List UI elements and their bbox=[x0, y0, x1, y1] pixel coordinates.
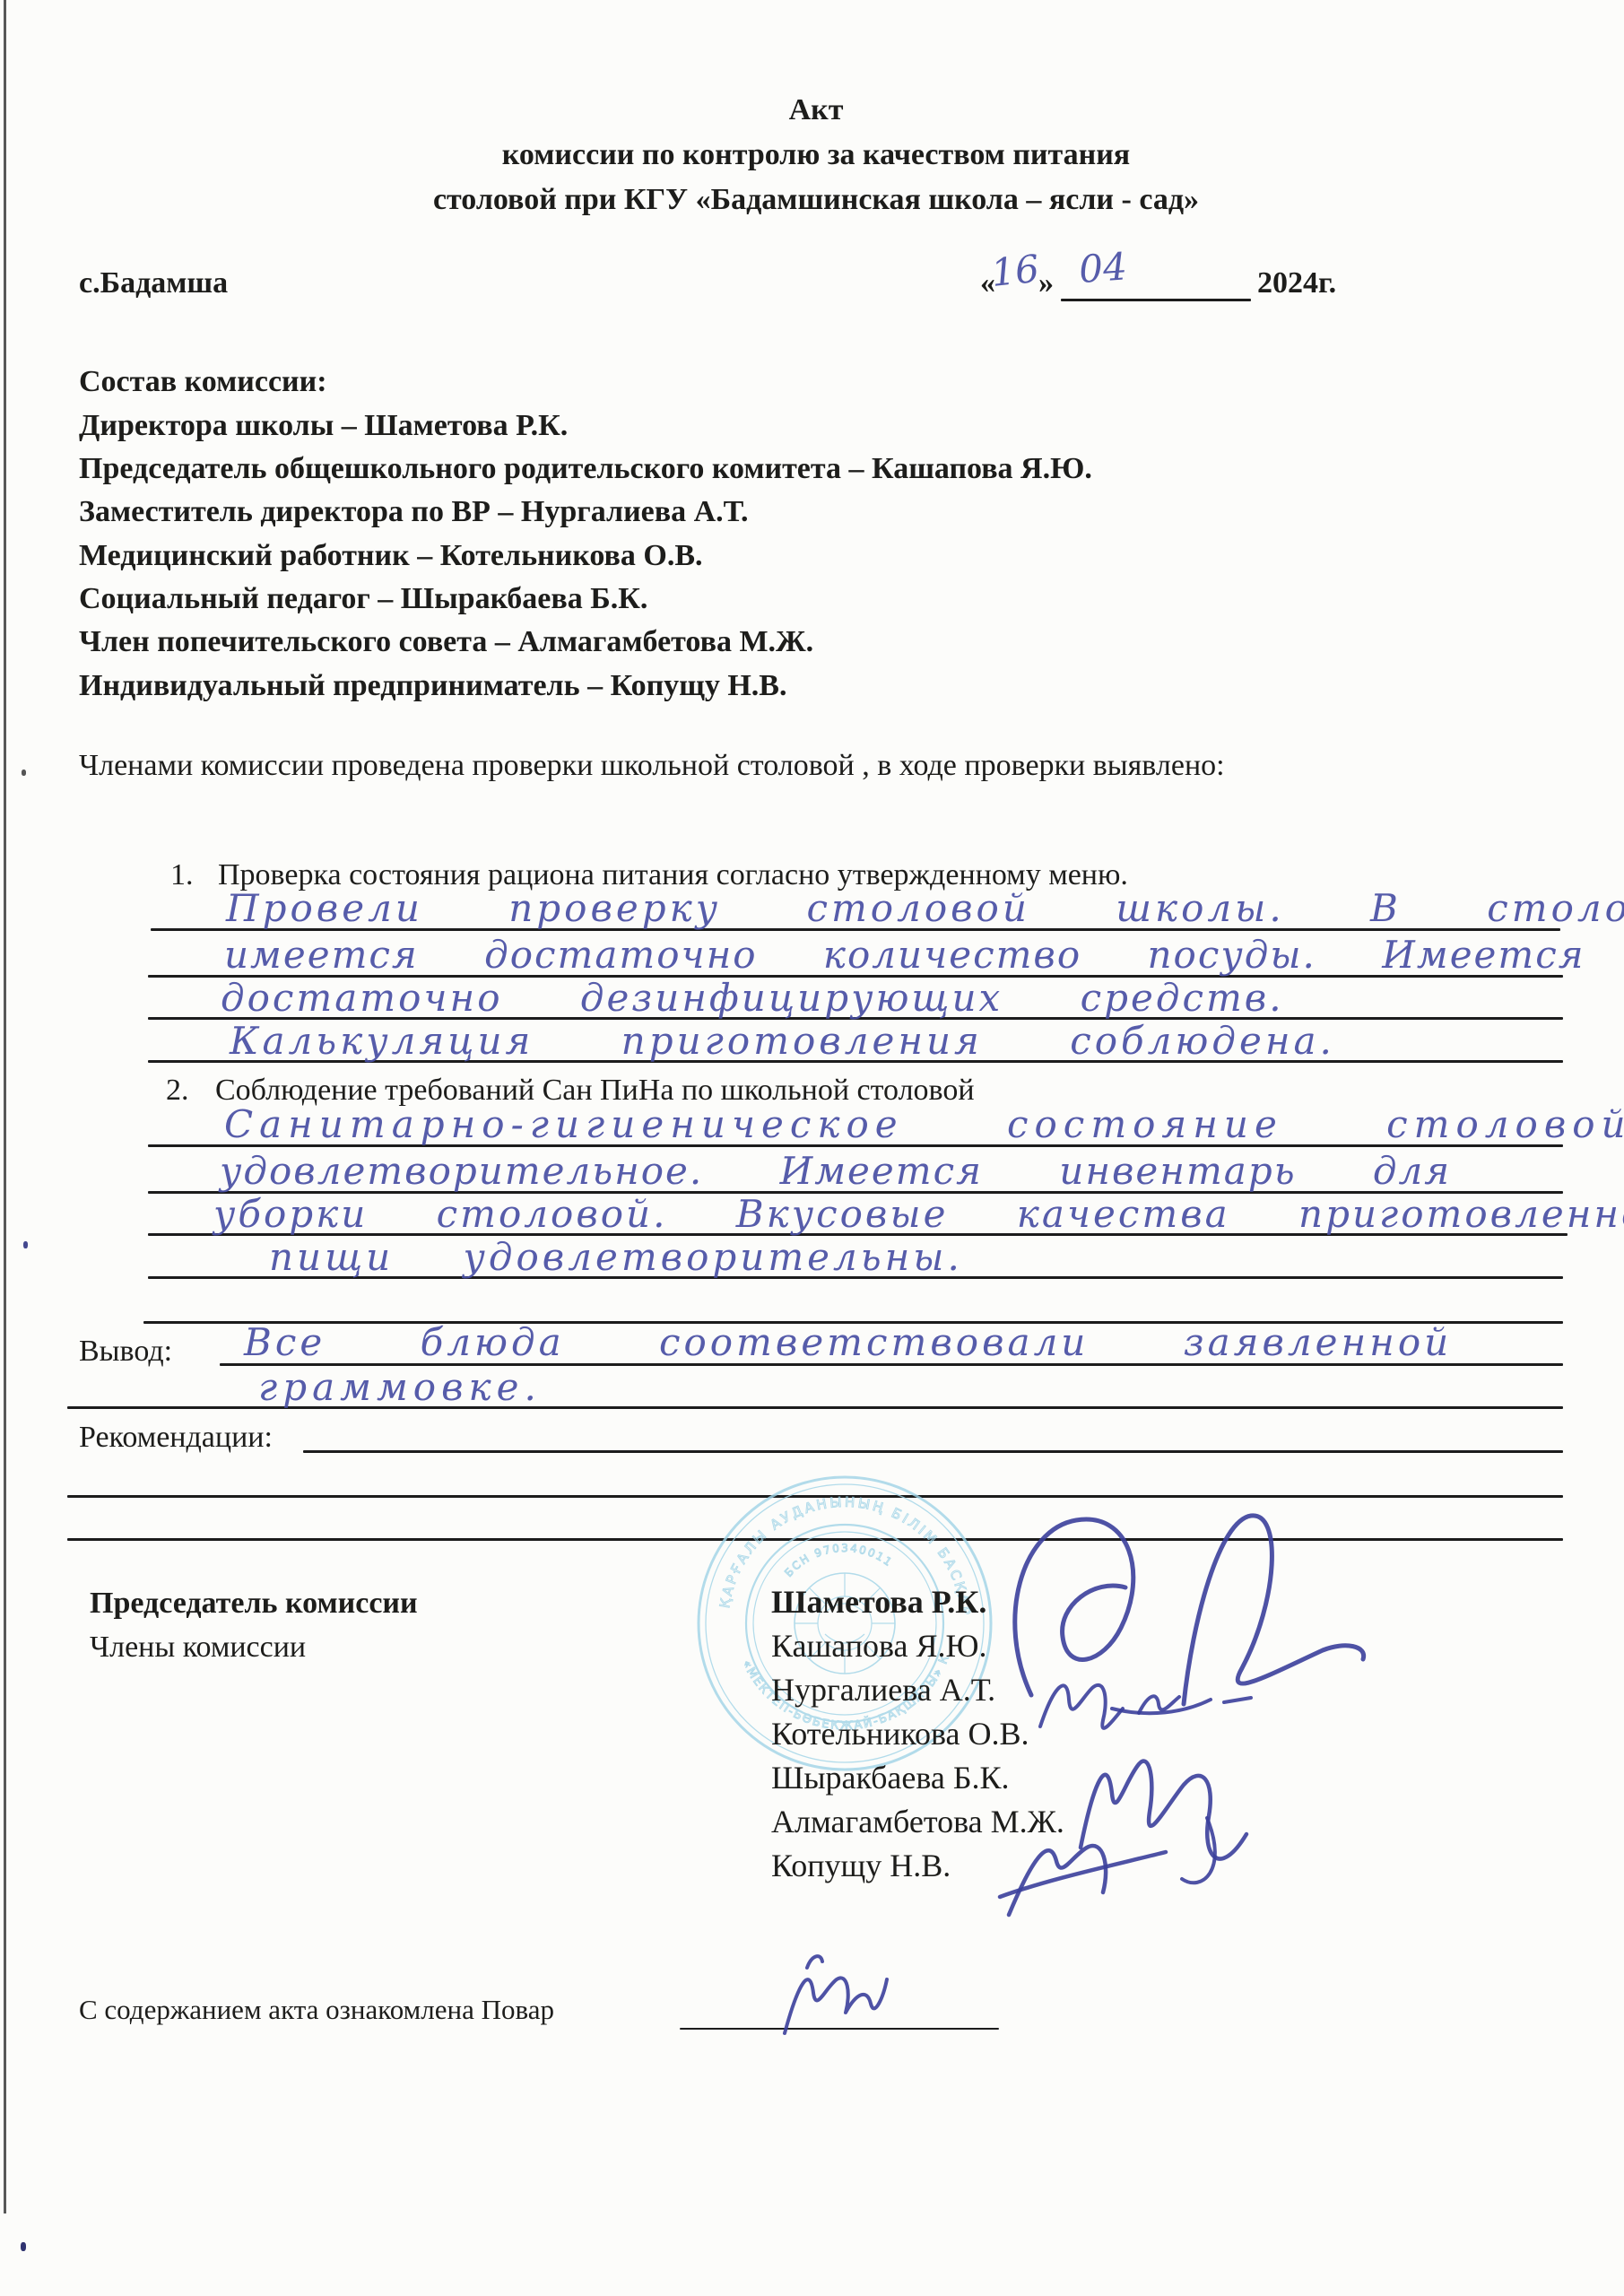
acknowledgment-text: С содержанием акта ознакомлена Повар bbox=[79, 1993, 554, 2026]
item1-handwriting: Калькуляция приготовления соблюдена. bbox=[230, 1019, 1335, 1063]
item2-handwriting: удовлетворительное. Имеется инвентарь дл… bbox=[220, 1149, 1451, 1193]
date-year: 2024г. bbox=[1257, 265, 1336, 302]
item1-handwriting: достаточно дезинфицирующих средств. bbox=[221, 976, 1284, 1020]
signature-kopuschu bbox=[977, 1812, 1193, 1928]
ruled-line bbox=[303, 1450, 1563, 1453]
commission-member: Заместитель директора по ВР – Нургалиева… bbox=[79, 494, 748, 531]
recommendations-label: Рекомендации: bbox=[79, 1420, 273, 1457]
date-underline bbox=[1061, 299, 1251, 301]
commission-member: Член попечительского совета – Алмагамбет… bbox=[79, 624, 813, 661]
commission-member: Директора школы – Шаметова Р.К. bbox=[79, 408, 568, 445]
item2-handwriting: пищи удовлетворительны. bbox=[269, 1235, 963, 1279]
members-label: Члены комиссии bbox=[90, 1630, 306, 1666]
ink-speckle bbox=[23, 1241, 28, 1248]
signatory-name: Нургалиева А.Т. bbox=[771, 1671, 995, 1709]
signatory-name: Кашапова Я.Ю. bbox=[771, 1627, 987, 1665]
item1-handwriting: Провели проверку столовой школы. В столо… bbox=[226, 886, 1624, 930]
chair-label: Председатель комиссии bbox=[90, 1586, 418, 1622]
signatory-name: Шыракбаева Б.К. bbox=[771, 1759, 1010, 1797]
title-line-3: столовой при КГУ «Бадамшинская школа – я… bbox=[54, 178, 1578, 222]
item2-handwriting: уборки столовой. Вкусовые качества приго… bbox=[213, 1192, 1624, 1236]
item2-handwriting: Санитарно-гигиеническое состояние столов… bbox=[224, 1102, 1624, 1146]
intro-paragraph: Членами комиссии проведена проверки школ… bbox=[79, 748, 1225, 785]
handwritten-day: 16 bbox=[989, 247, 1041, 295]
signature-cook bbox=[758, 1948, 937, 2047]
ink-speckle bbox=[22, 770, 26, 776]
conclusion-handwriting: Все блюда соответствовали заявленной bbox=[244, 1320, 1452, 1364]
item1-handwriting: имеется достаточно количество посуды. Им… bbox=[224, 933, 1585, 977]
scanned-act-document: ҚАРҒАЛЫ АУДАНЫНЫҢ БІЛІМ БАСҚАРМАСЫ «МЕКТ… bbox=[0, 0, 1624, 2296]
document-title: Акт комиссии по контролю за качеством пи… bbox=[54, 88, 1578, 222]
commission-member: Председатель общешкольного родительского… bbox=[79, 451, 1092, 488]
commission-member: Социальный педагог – Шыракбаева Б.К. bbox=[79, 581, 647, 618]
signatory-name: Шаметова Р.К. bbox=[771, 1583, 986, 1622]
handwritten-month: 04 bbox=[1078, 244, 1129, 291]
title-line-2: комиссии по контролю за качеством питани… bbox=[54, 133, 1578, 178]
item1-number: 1. bbox=[170, 857, 194, 894]
date-quote-close: » bbox=[1038, 265, 1054, 302]
commission-member: Медицинский работник – Котельникова О.В. bbox=[79, 538, 703, 575]
item2-number: 2. bbox=[166, 1073, 189, 1109]
commission-member: Индивидуальный предприниматель – Копущу … bbox=[79, 668, 787, 705]
conclusion-label: Вывод: bbox=[79, 1334, 172, 1370]
signatory-name: Копущу Н.В. bbox=[771, 1847, 951, 1885]
ink-speckle bbox=[21, 2242, 26, 2251]
conclusion-handwriting: граммовке. bbox=[258, 1365, 542, 1409]
title-line-1: Акт bbox=[54, 88, 1578, 133]
place-label: с.Бадамша bbox=[79, 265, 228, 302]
commission-heading: Состав комиссии: bbox=[79, 364, 327, 401]
scan-edge-line bbox=[4, 0, 6, 2213]
